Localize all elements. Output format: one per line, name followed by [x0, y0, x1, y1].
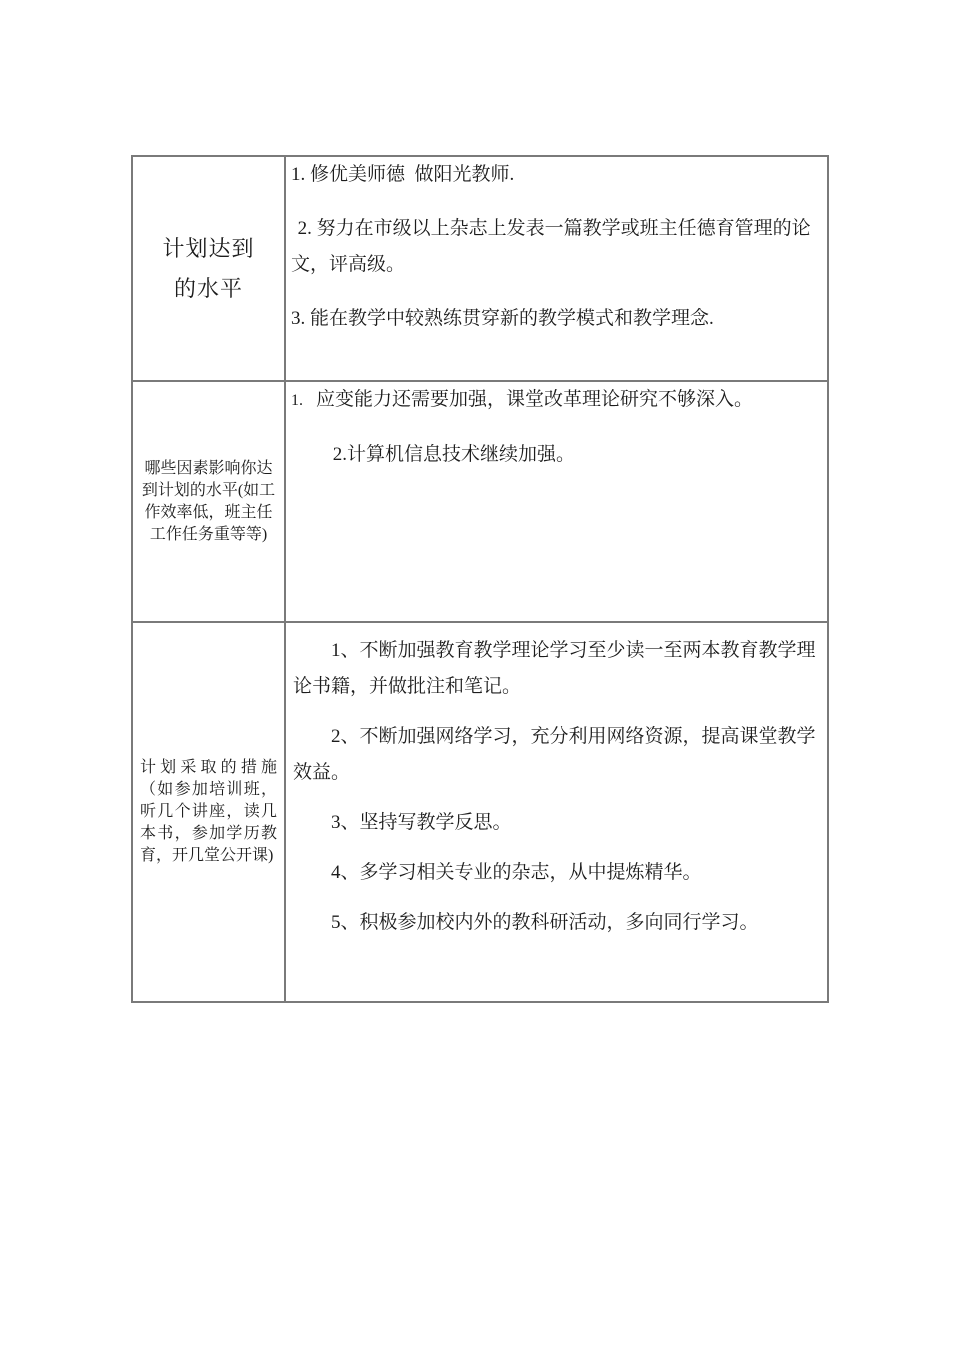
row-content-cell-influencing-factors: 1.应变能力还需要加强，课堂改革理论研究不够深入。 2.计算机信息技术继续加强。	[286, 382, 827, 621]
document-page: 计划达到 的水平 1. 修优美师德 做阳光教师. 2. 努力在市级以上杂志上发表…	[0, 0, 960, 1357]
row-header-cell-influencing-factors: 哪些因素影响你达到计划的水平(如工作效率低，班主任工作任务重等等)	[133, 382, 286, 621]
content-paragraph: 1.应变能力还需要加强，课堂改革理论研究不够深入。	[291, 382, 817, 419]
content-paragraph: 2. 努力在市级以上杂志上发表一篇教学或班主任德育管理的论文，评高级。	[291, 211, 817, 283]
content-paragraph: 2、不断加强网络学习，充分利用网络资源，提高课堂教学效益。	[293, 719, 817, 791]
table-row-planned-measures: 计划采取的措施（如参加培训班，听几个讲座，读几本书，参加学历教育，开几堂公开课)…	[133, 623, 827, 1001]
content-paragraph: 2.计算机信息技术继续加强。	[291, 437, 817, 473]
row-header-text: 计划采取的措施（如参加培训班，听几个讲座，读几本书，参加学历教育，开几堂公开课)	[140, 757, 277, 867]
content-paragraph: 3、坚持写教学反思。	[293, 805, 817, 841]
content-paragraph: 3. 能在教学中较熟练贯穿新的教学模式和教学理念.	[291, 301, 817, 337]
list-item-text: 应变能力还需要加强，课堂改革理论研究不够深入。	[316, 389, 753, 410]
row-header-cell-planned-measures: 计划采取的措施（如参加培训班，听几个讲座，读几本书，参加学历教育，开几堂公开课)	[133, 623, 286, 1001]
row-header-text: 哪些因素影响你达到计划的水平(如工作效率低，班主任工作任务重等等)	[140, 458, 277, 546]
content-paragraph: 4、多学习相关专业的杂志，从中提炼精华。	[293, 855, 817, 891]
content-paragraph: 1. 修优美师德 做阳光教师.	[291, 157, 817, 193]
content-paragraph: 1、不断加强教育教学理论学习至少读一至两本教育教学理论书籍，并做批注和笔记。	[293, 633, 817, 705]
table-row-influencing-factors: 哪些因素影响你达到计划的水平(如工作效率低，班主任工作任务重等等) 1.应变能力…	[133, 382, 827, 623]
row-content-cell-planned-measures: 1、不断加强教育教学理论学习至少读一至两本教育教学理论书籍，并做批注和笔记。 2…	[286, 623, 827, 1001]
self-plan-table: 计划达到 的水平 1. 修优美师德 做阳光教师. 2. 努力在市级以上杂志上发表…	[131, 155, 829, 1003]
content-paragraph: 5、积极参加校内外的教科研活动，多向同行学习。	[293, 905, 817, 941]
row-header-line: 计划达到	[140, 229, 277, 269]
list-number: 1.	[291, 392, 303, 409]
row-header-line: 的水平	[140, 269, 277, 309]
row-header-cell-target-level: 计划达到 的水平	[133, 157, 286, 380]
table-row-target-level: 计划达到 的水平 1. 修优美师德 做阳光教师. 2. 努力在市级以上杂志上发表…	[133, 157, 827, 382]
row-content-cell-target-level: 1. 修优美师德 做阳光教师. 2. 努力在市级以上杂志上发表一篇教学或班主任德…	[286, 157, 827, 380]
